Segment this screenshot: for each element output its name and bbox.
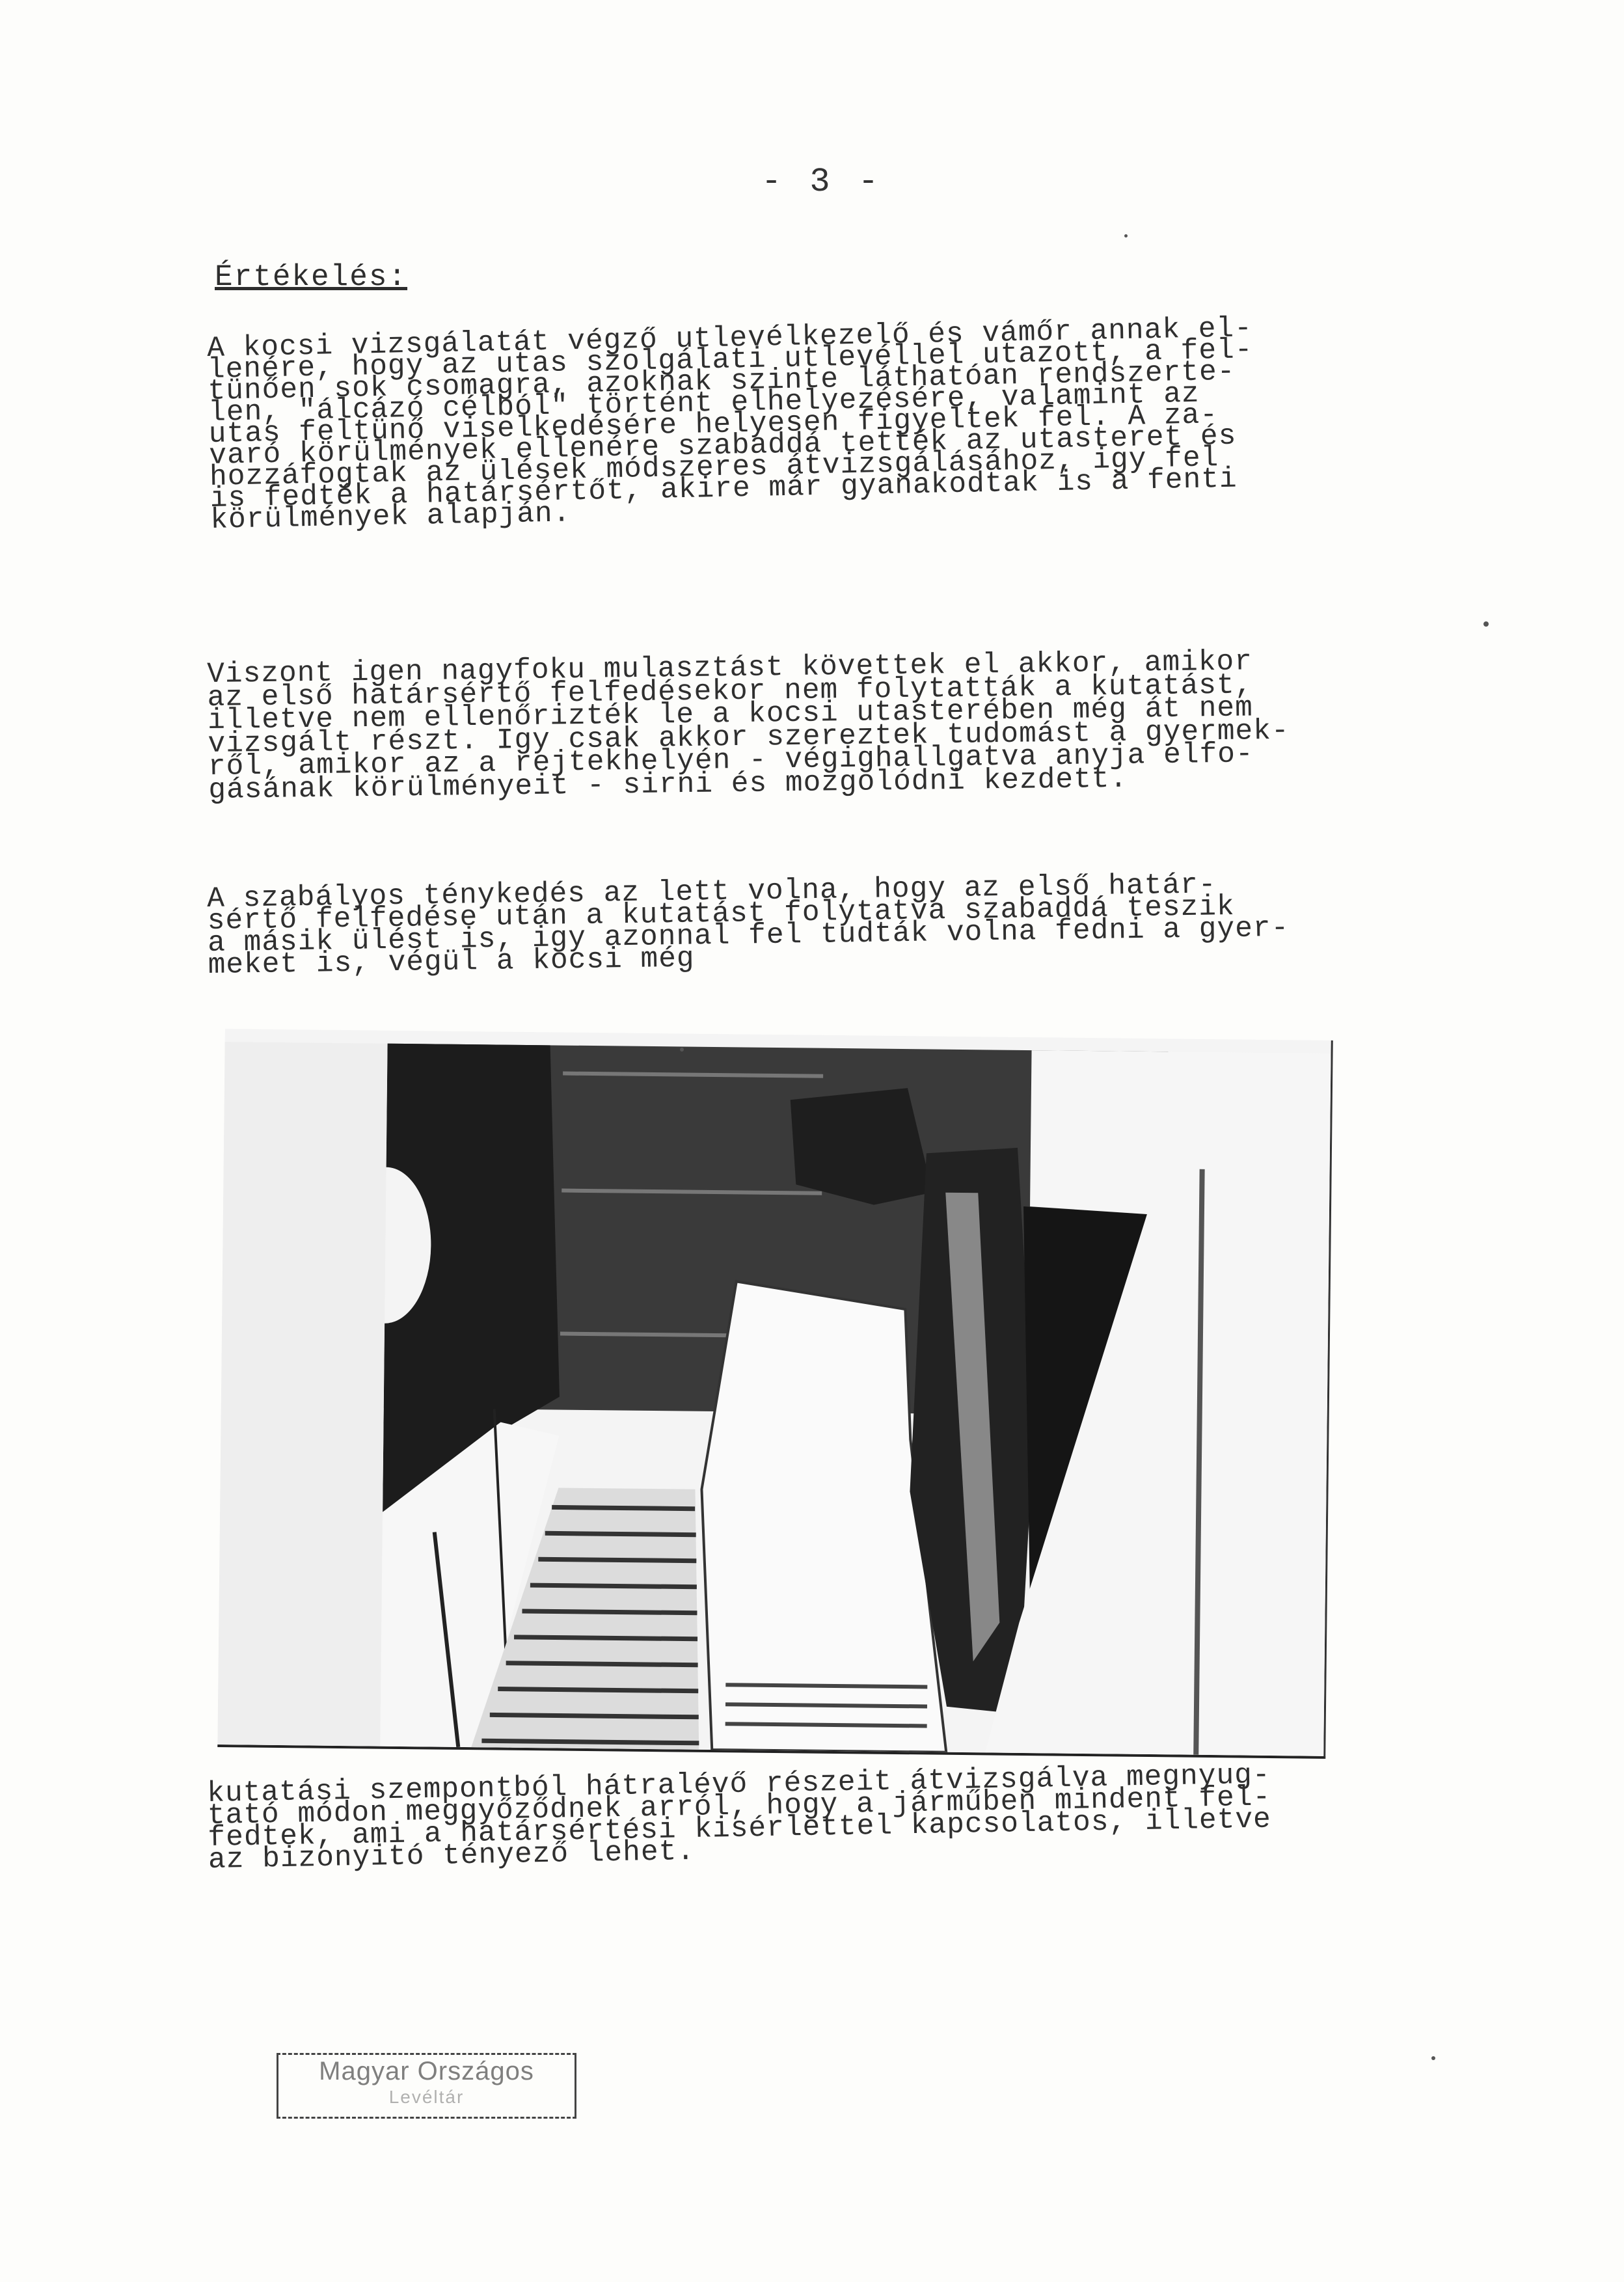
scan-speck	[1483, 621, 1489, 627]
paragraph-evaluation: A kocsi vizsgálatát végző utlevélkezelő …	[207, 316, 1407, 532]
photo-illustration	[217, 1029, 1331, 1756]
scan-speck	[1124, 234, 1128, 238]
scan-speck	[680, 1048, 684, 1052]
scan-speck	[1431, 2056, 1435, 2060]
stamp-line-1: Magyar Országos	[278, 2055, 575, 2087]
stamp-line-2: Levéltár	[278, 2087, 575, 2107]
paragraph-conclusion: kutatási szempontból hátralévő részeit á…	[207, 1762, 1405, 1871]
paragraph-omission: Viszont igen nagyfoku mulasztást követte…	[207, 649, 1405, 802]
section-heading: Értékelés:	[215, 260, 407, 294]
page-number: - 3 -	[761, 163, 882, 201]
archive-stamp: Magyar Országos Levéltár	[277, 2053, 576, 2119]
paragraph-correct-procedure: A szabályos ténykedés az lett volna, hog…	[207, 871, 1405, 977]
car-interior-photo	[217, 1029, 1333, 1759]
